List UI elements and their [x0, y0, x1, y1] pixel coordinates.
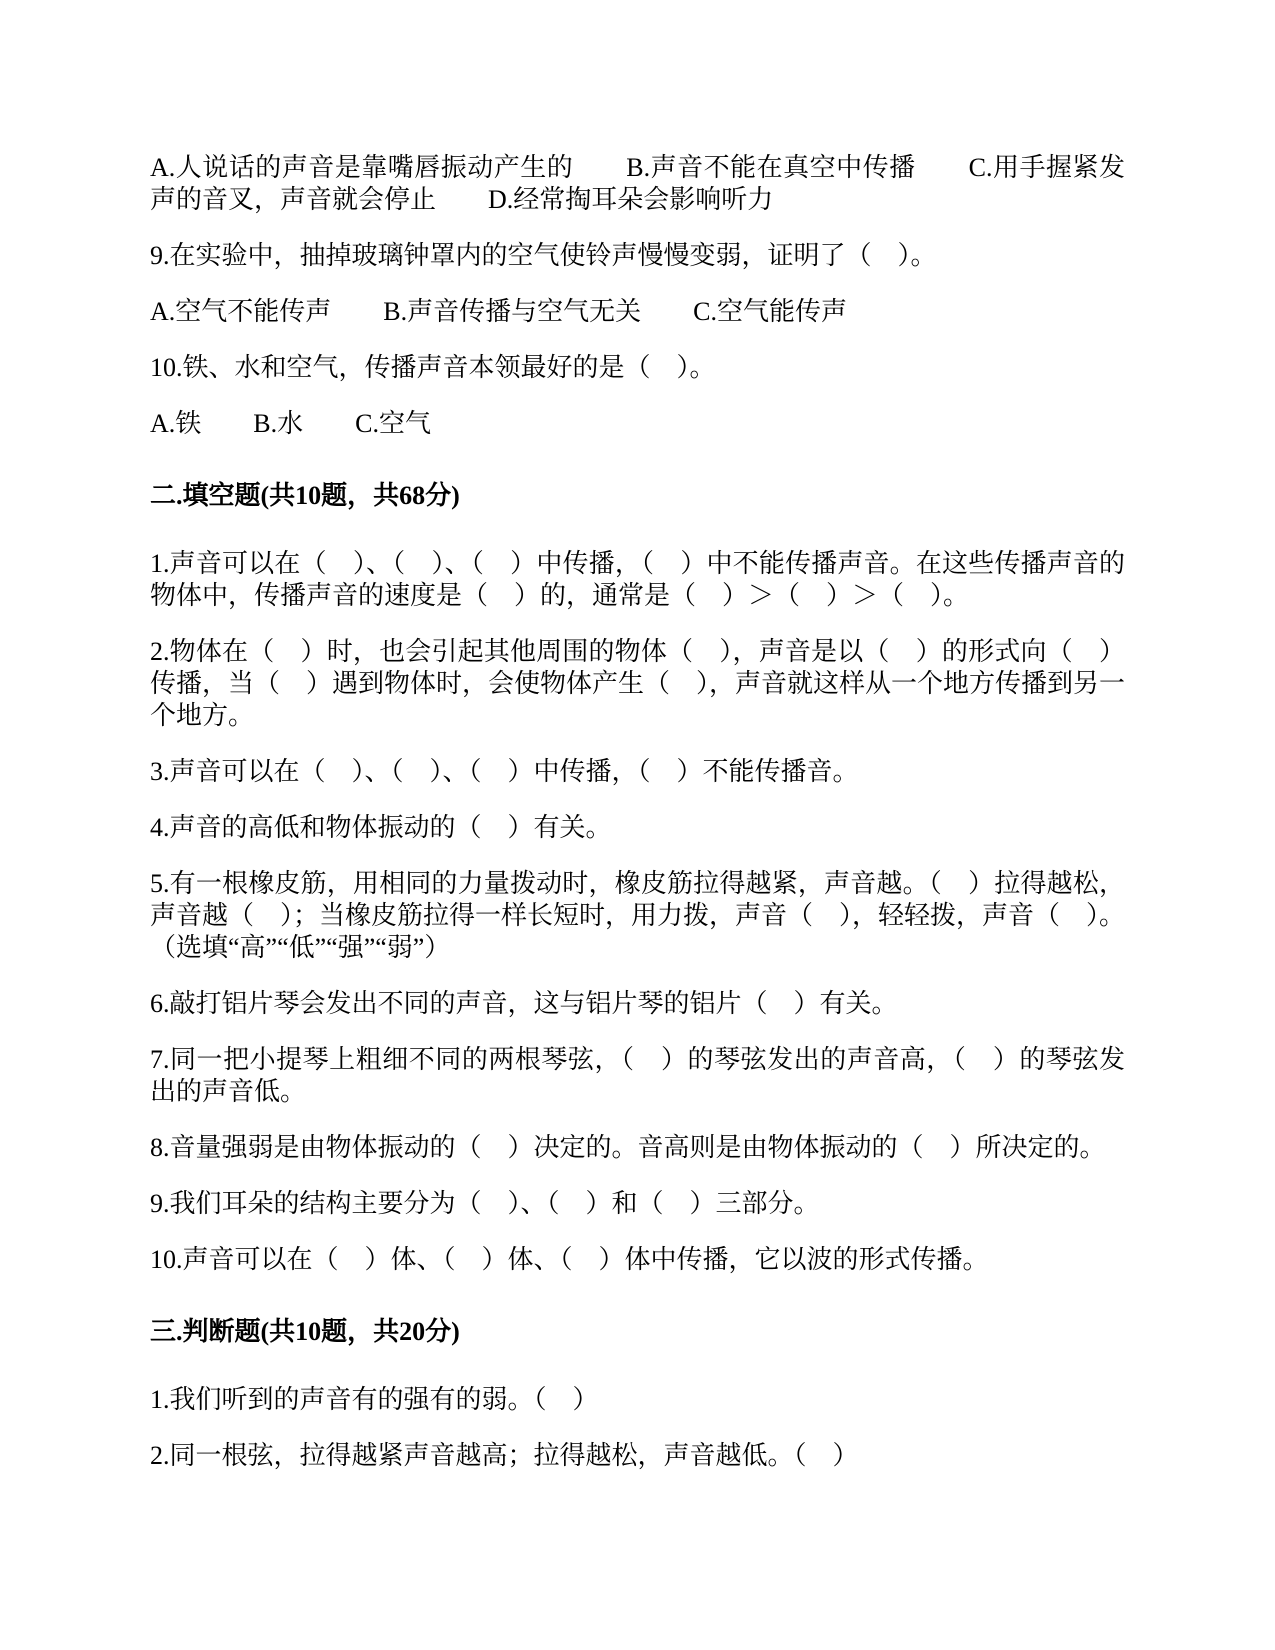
fill-question-6: 6.敲打铝片琴会发出不同的声音，这与铝片琴的铝片（ ）有关。: [150, 988, 1125, 1020]
choice-question-10: 10.铁、水和空气，传播声音本领最好的是（ ）。: [150, 352, 1125, 384]
fill-question-10: 10.声音可以在（ ）体、（ ）体、（ ）体中传播，它以波的形式传播。: [150, 1244, 1125, 1276]
fill-question-2: 2.物体在（ ）时，也会引起其他周围的物体（ ），声音是以（ ）的形式向（ ）传…: [150, 636, 1125, 732]
fill-question-7: 7.同一把小提琴上粗细不同的两根琴弦，（ ）的琴弦发出的声音高，（ ）的琴弦发出…: [150, 1044, 1125, 1108]
fill-question-4: 4.声音的高低和物体振动的（ ）有关。: [150, 812, 1125, 844]
judgment-question-1: 1.我们听到的声音有的强有的弱。（ ）: [150, 1384, 1125, 1416]
exam-paper-page: A.人说话的声音是靠嘴唇振动产生的 B.声音不能在真空中传播 C.用手握紧发声的…: [0, 0, 1275, 1650]
choice-question-9: 9.在实验中，抽掉玻璃钟罩内的空气使铃声慢慢变弱，证明了（ ）。: [150, 240, 1125, 272]
fill-blank-section-heading: 二.填空题(共10题，共68分): [150, 480, 1125, 512]
choice-question-10-options: A.铁 B.水 C.空气: [150, 408, 1125, 440]
fill-question-5: 5.有一根橡皮筋，用相同的力量拨动时，橡皮筋拉得越紧，声音越。（ ）拉得越松，声…: [150, 868, 1125, 964]
judgment-section-heading: 三.判断题(共10题，共20分): [150, 1316, 1125, 1348]
fill-question-9: 9.我们耳朵的结构主要分为（ ）、（ ）和（ ）三部分。: [150, 1188, 1125, 1220]
fill-question-8: 8.音量强弱是由物体振动的（ ）决定的。音高则是由物体振动的（ ）所决定的。: [150, 1132, 1125, 1164]
question8-options-continued: A.人说话的声音是靠嘴唇振动产生的 B.声音不能在真空中传播 C.用手握紧发声的…: [150, 152, 1125, 216]
fill-question-1: 1.声音可以在（ ）、（ ）、（ ）中传播，（ ）中不能传播声音。在这些传播声音…: [150, 548, 1125, 612]
fill-question-3: 3.声音可以在（ ）、（ ）、（ ）中传播，（ ）不能传播音。: [150, 756, 1125, 788]
judgment-question-2: 2.同一根弦，拉得越紧声音越高；拉得越松，声音越低。（ ）: [150, 1440, 1125, 1472]
choice-question-9-options: A.空气不能传声 B.声音传播与空气无关 C.空气能传声: [150, 296, 1125, 328]
